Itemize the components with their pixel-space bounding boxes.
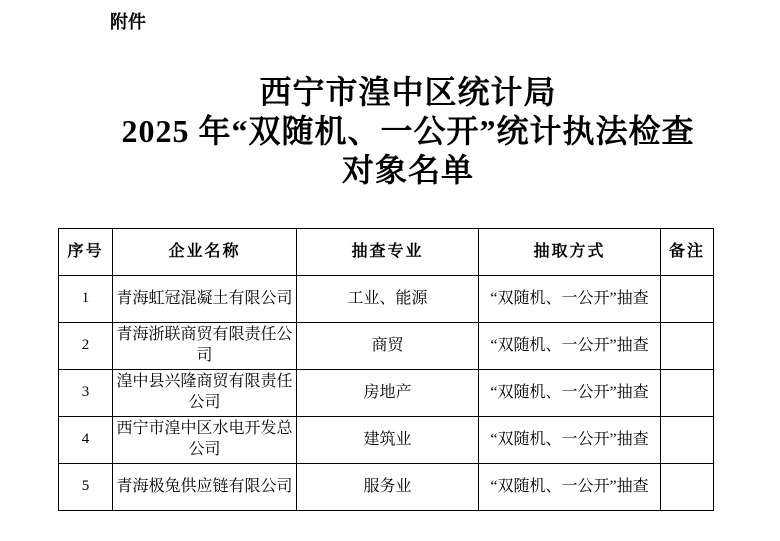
cell-company: 青海浙联商贸有限责任公司 [113, 323, 297, 370]
cell-seq: 2 [59, 323, 113, 370]
cell-company: 西宁市湟中区水电开发总公司 [113, 417, 297, 464]
cell-company: 青海虹冠混凝土有限公司 [113, 276, 297, 323]
col-header-profession: 抽查专业 [297, 229, 479, 276]
table-body: 1 青海虹冠混凝土有限公司 工业、能源 “双随机、一公开”抽查 2 青海浙联商贸… [59, 276, 714, 511]
cell-remark [661, 464, 714, 511]
cell-seq: 3 [59, 370, 113, 417]
inspection-target-table: 序号 企业名称 抽查专业 抽取方式 备注 1 青海虹冠混凝土有限公司 工业、能源… [58, 228, 714, 511]
title-line-1: 西宁市湟中区统计局 [38, 73, 778, 112]
table-row: 3 湟中县兴隆商贸有限责任公司 房地产 “双随机、一公开”抽查 [59, 370, 714, 417]
table-row: 4 西宁市湟中区水电开发总公司 建筑业 “双随机、一公开”抽查 [59, 417, 714, 464]
cell-profession: 工业、能源 [297, 276, 479, 323]
document-page: 附件 西宁市湟中区统计局 2025 年“双随机、一公开”统计执法检查 对象名单 … [0, 0, 780, 541]
cell-method: “双随机、一公开”抽查 [479, 276, 661, 323]
col-header-remark: 备注 [661, 229, 714, 276]
table-header: 序号 企业名称 抽查专业 抽取方式 备注 [59, 229, 714, 276]
cell-method: “双随机、一公开”抽查 [479, 323, 661, 370]
cell-remark [661, 276, 714, 323]
table-header-row: 序号 企业名称 抽查专业 抽取方式 备注 [59, 229, 714, 276]
cell-company: 湟中县兴隆商贸有限责任公司 [113, 370, 297, 417]
cell-remark [661, 323, 714, 370]
title-line-2: 2025 年“双随机、一公开”统计执法检查 [38, 112, 778, 151]
col-header-company: 企业名称 [113, 229, 297, 276]
cell-remark [661, 370, 714, 417]
cell-method: “双随机、一公开”抽查 [479, 464, 661, 511]
cell-seq: 4 [59, 417, 113, 464]
cell-profession: 商贸 [297, 323, 479, 370]
cell-seq: 1 [59, 276, 113, 323]
table-row: 1 青海虹冠混凝土有限公司 工业、能源 “双随机、一公开”抽查 [59, 276, 714, 323]
cell-profession: 建筑业 [297, 417, 479, 464]
title-line-3: 对象名单 [38, 151, 778, 190]
cell-profession: 服务业 [297, 464, 479, 511]
col-header-seq: 序号 [59, 229, 113, 276]
cell-company: 青海极兔供应链有限公司 [113, 464, 297, 511]
table-row: 5 青海极兔供应链有限公司 服务业 “双随机、一公开”抽查 [59, 464, 714, 511]
cell-method: “双随机、一公开”抽查 [479, 370, 661, 417]
cell-profession: 房地产 [297, 370, 479, 417]
table-row: 2 青海浙联商贸有限责任公司 商贸 “双随机、一公开”抽查 [59, 323, 714, 370]
cell-remark [661, 417, 714, 464]
attachment-label: 附件 [110, 8, 146, 34]
document-title: 西宁市湟中区统计局 2025 年“双随机、一公开”统计执法检查 对象名单 [38, 73, 778, 190]
cell-seq: 5 [59, 464, 113, 511]
col-header-method: 抽取方式 [479, 229, 661, 276]
cell-method: “双随机、一公开”抽查 [479, 417, 661, 464]
